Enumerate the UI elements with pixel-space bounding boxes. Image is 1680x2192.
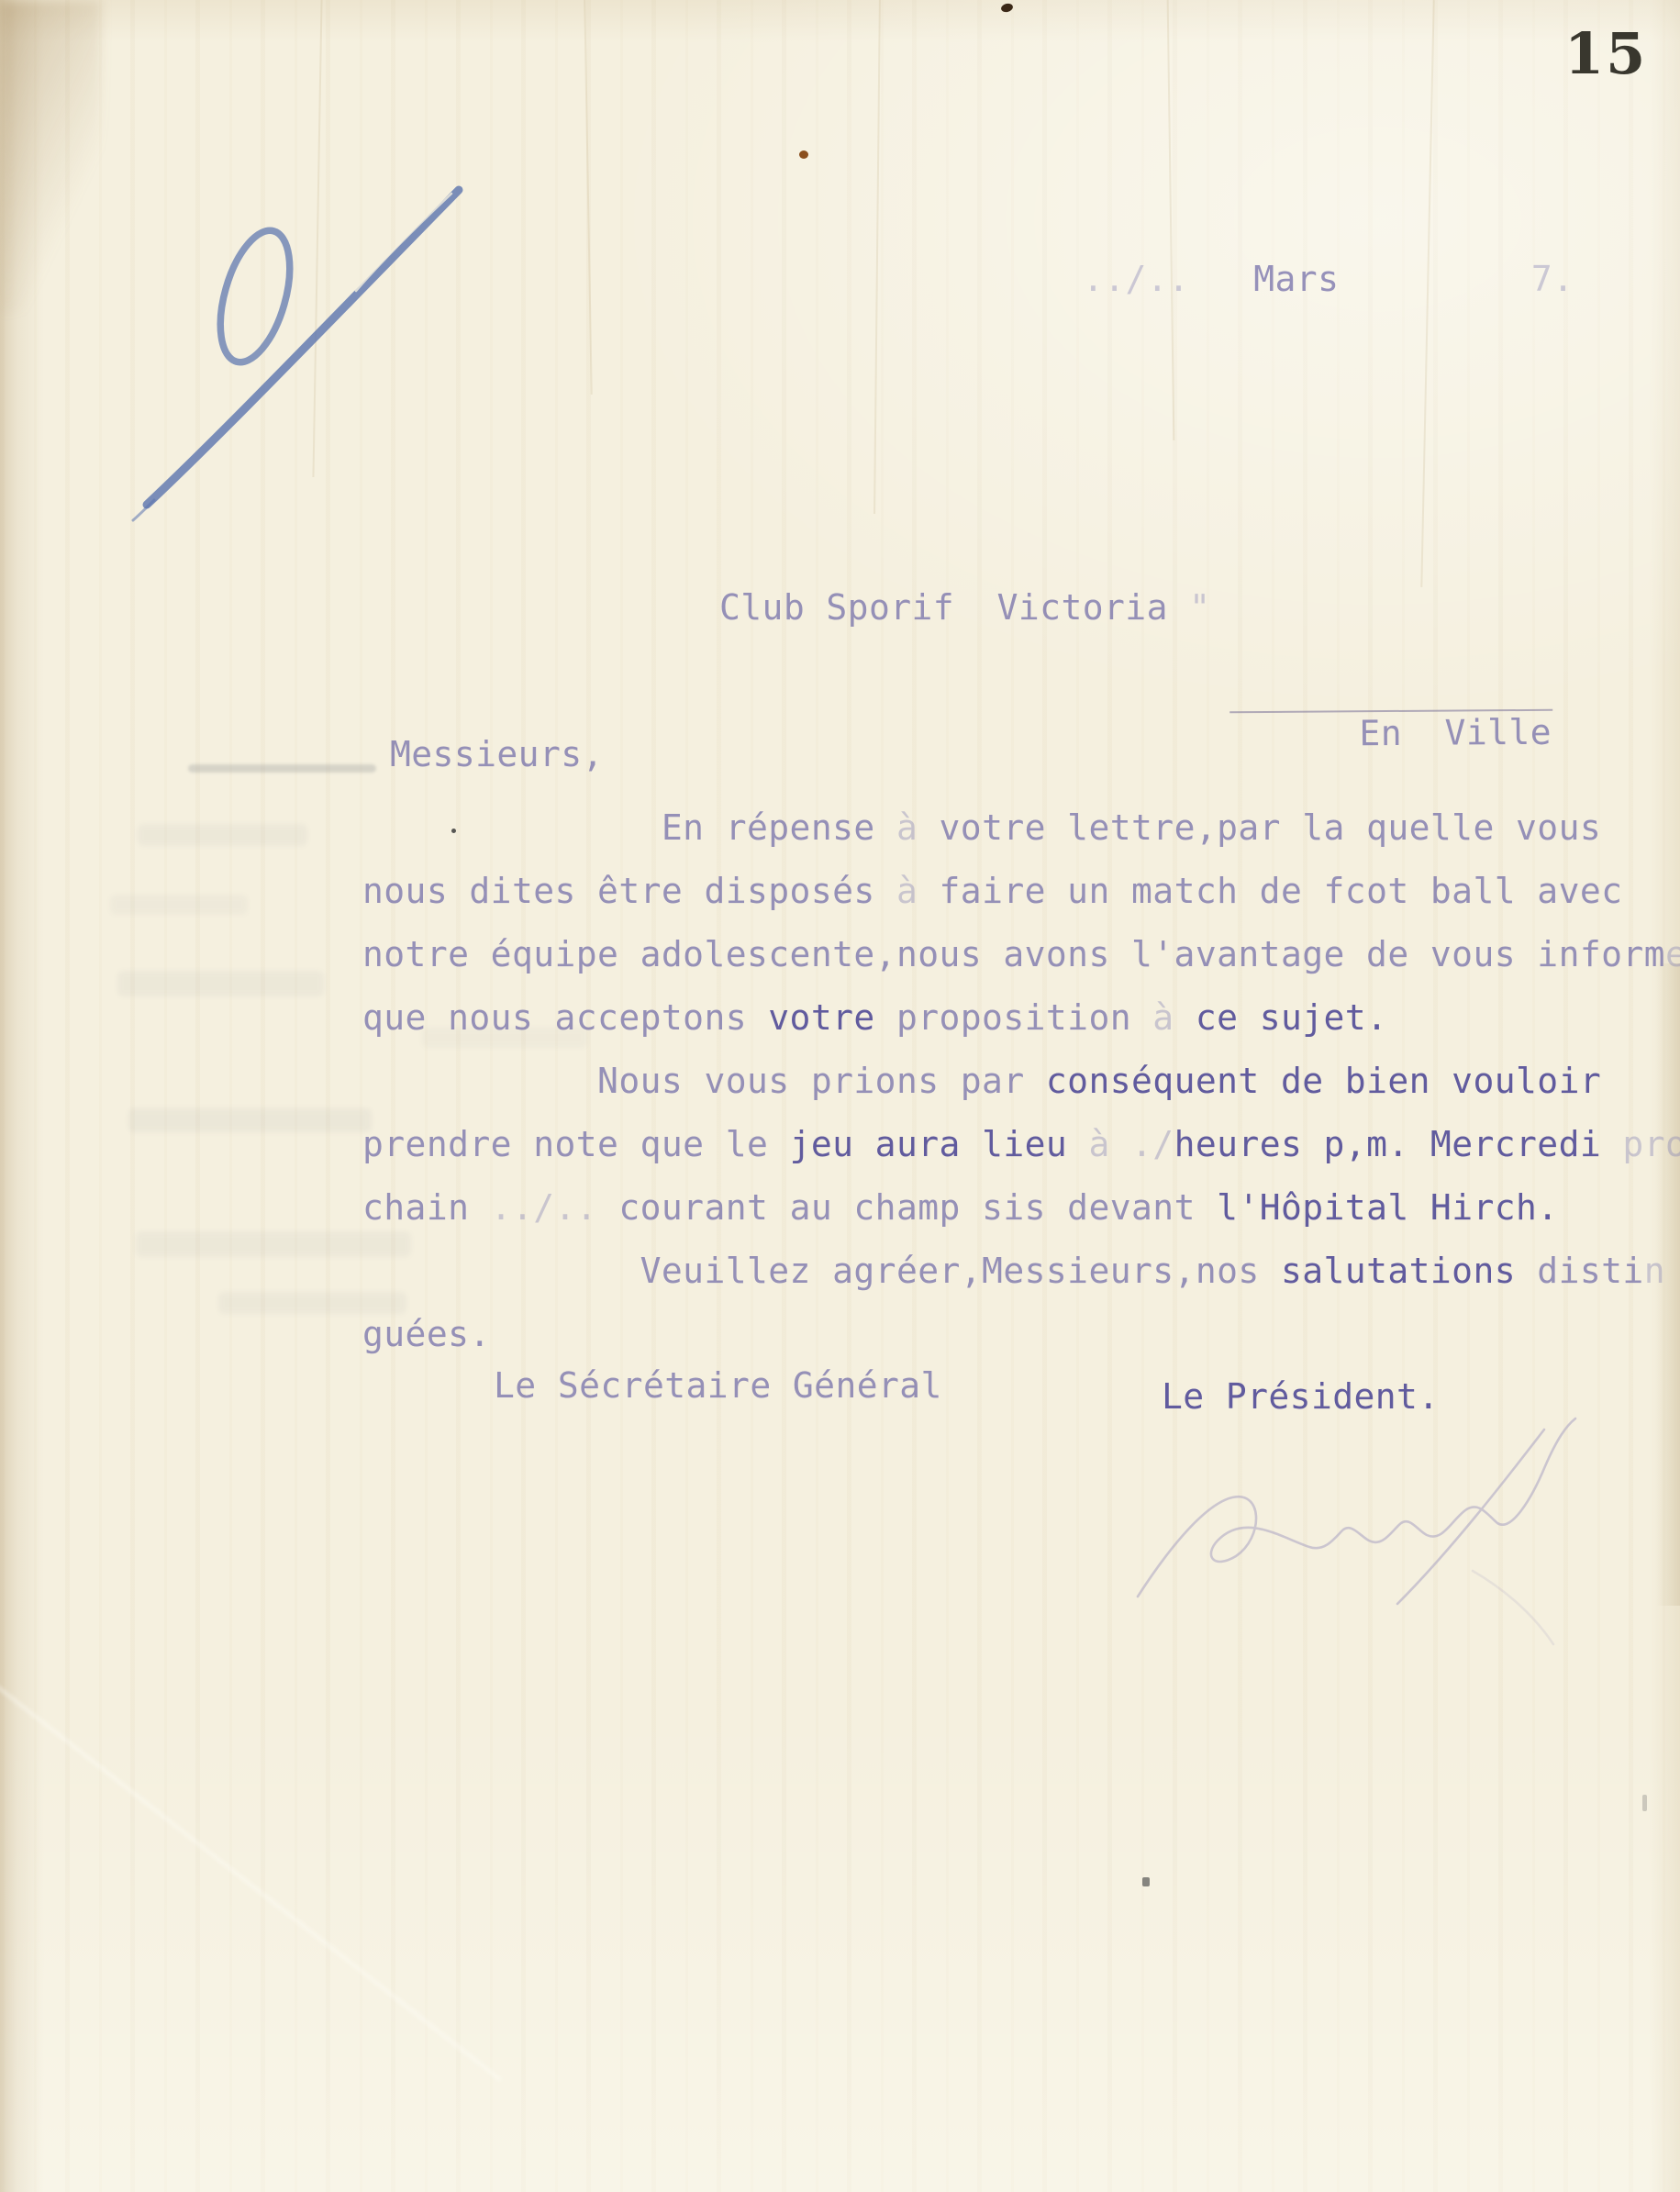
text-segment: à ./ [1067,1124,1174,1164]
text-segment: heures p,m. Mercredi [1174,1124,1602,1164]
letter-line: En répense à votre lettre,par la quelle … [362,796,1680,860]
text-segment [954,587,997,628]
text-segment: disti [1516,1251,1644,1291]
text-segment: que nous acceptons [362,997,768,1038]
signature-scrawl [1124,1413,1638,1670]
letter-line: chain ../.. courant au champ sis devant … [362,1176,1680,1240]
text-segment: ../.. [1083,259,1189,299]
text-segment: " [1189,587,1210,628]
text-segment: jeu aura lieu [790,1124,1068,1164]
letter-line: Nous vous prions par conséquent de bien … [362,1050,1680,1113]
text-segment: courant au champ sis devant [618,1187,1217,1228]
text-segment: nous dites être disposés [362,871,896,911]
text-segment [1189,259,1253,299]
location-text: En Ville [1359,712,1552,753]
letter-line: que nous acceptons votre proposition à c… [362,986,1680,1050]
text-segment: votre [768,997,874,1038]
scanned-letter-page: 15 ../.. Mars 7. Club Sporif Victoria " … [0,0,1680,2192]
closing-secretary: Le Sécrétaire Général [494,1358,942,1413]
text-segment: prendre note que le [362,1124,790,1164]
text-segment: notre équipe adolescente,nous avons l'av… [362,934,1665,974]
text-segment: 7. [1531,259,1574,299]
text-segment: salutations [1281,1251,1516,1291]
text-segment: conséquent de bien vouloir [1046,1061,1601,1101]
text-segment: ../.. [491,1187,619,1228]
location-line: En Ville [1229,652,1552,713]
text-segment: l'Hôpital Hirch. [1217,1187,1558,1228]
text-segment: En répense [362,807,896,848]
letter-line: nous dites être disposés à faire un matc… [362,860,1680,923]
letter-line: prendre note que le jeu aura lieu à ./he… [362,1113,1680,1176]
text-segment [1174,997,1196,1038]
text-segment: Mars [1253,259,1339,299]
text-segment: ce sujet. [1196,997,1388,1038]
text-segment: Nous vous prions par [362,1061,1046,1101]
text-segment: n [1644,1251,1665,1291]
text-segment: Veuillez agréer,Messieurs,nos [362,1251,1281,1291]
recipient-line: Club Sporif Victoria " [719,580,1210,635]
text-segment: faire un match de fcot ball avec [918,871,1622,911]
date-line: ../.. Mars 7. [1083,251,1574,306]
letter-body: En répense à votre lettre,par la quelle … [362,796,1680,1366]
text-segment [1339,259,1531,299]
salutation: Messieurs, [390,727,604,782]
text-segment: guées. [362,1314,491,1354]
letter-line: notre équipe adolescente,nous avons l'av… [362,923,1680,986]
text-segment: Club Sporif [719,587,954,628]
text-segment: er [1665,934,1680,974]
text-segment: à [896,807,918,848]
text-segment: votre lettre,par la quelle vous [918,807,1601,848]
text-segment: proposition [875,997,1153,1038]
text-segment: chain [362,1187,491,1228]
letter-line: guées. [362,1303,1680,1366]
text-segment: à [896,871,918,911]
text-segment: pro [1601,1124,1680,1164]
letter-line: Veuillez agréer,Messieurs,nos salutation… [362,1240,1680,1303]
text-segment: à [1152,997,1174,1038]
letter-text: ../.. Mars 7. Club Sporif Victoria " En … [0,0,1680,2192]
text-segment: Victoria [997,587,1190,628]
